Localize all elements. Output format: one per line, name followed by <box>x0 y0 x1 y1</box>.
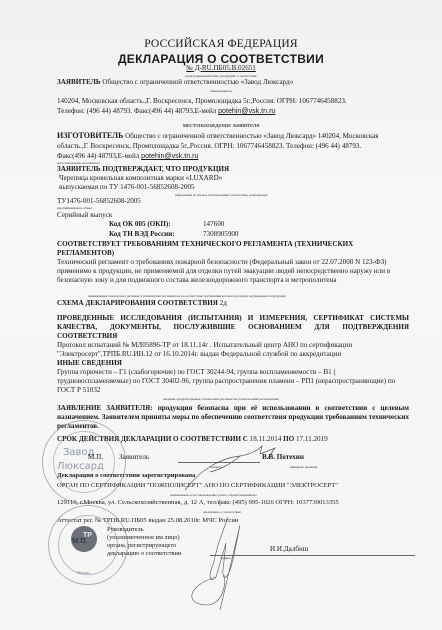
applicant-phone-fax: Телефон: (496 44) 48793. Факс(496 44) 48… <box>57 107 216 115</box>
product-tu: ТУ1476-001-56852608-2005 <box>57 197 141 206</box>
registrar-stamp-text: Москва <box>77 570 90 575</box>
registration-address-caption: декларацию о соответствии <box>203 510 241 514</box>
applicant-label: ЗАЯВИТЕЛЬ <box>57 78 101 86</box>
scheme-value: 2д <box>220 299 227 307</box>
applicant-stamp: Завод Люксард <box>42 420 126 504</box>
scheme-line: СХЕМА ДЕКЛАРИРОВАНИЯ СООТВЕТСТВИЯ 2д <box>57 299 227 308</box>
scheme-label: СХЕМА ДЕКЛАРИРОВАНИЯ СООТВЕТСТВИЯ <box>57 299 218 307</box>
applicant-name-caption: наименование и <box>0 89 442 93</box>
tests-text: Протокол испытаний № МЛ05896-ТР от 18.11… <box>57 341 409 359</box>
applicant-signatory-caption: инициалы, фамилия <box>290 465 317 469</box>
manufacturer-line-1: ИЗГОТОВИТЕЛЬ Общество с ограниченной отв… <box>57 131 379 141</box>
tests-heading: ПРОВЕДЕННЫЕ ИССЛЕДОВАНИЯ (ИСПЫТАНИЯ) И И… <box>57 314 409 341</box>
product-spec-caption: информация об объекте подтверждения соот… <box>175 193 267 197</box>
manufacturer-text-1: Общество с ограниченной ответственностью… <box>125 132 378 140</box>
regulation-caption: наименование технического регламента (те… <box>88 294 286 298</box>
registration-heading: Декларация о соответствии зарегистрирова… <box>57 471 195 480</box>
okp-label: Код ОК 005 (ОКП): <box>109 220 171 229</box>
country-title: РОССИЙСКАЯ ФЕДЕРАЦИЯ <box>0 38 442 50</box>
manufacturer-line-2: область.,Г. Воскресенск, Промплощадка 5г… <box>57 142 361 151</box>
product-tu-caption: идентифицировать объект <box>57 206 92 210</box>
product-heading: ЗАЯВИТЕЛЬ ПОДТВЕРЖДАЕТ, ЧТО ПРОДУКЦИЯ <box>57 165 229 174</box>
applicant-line: ЗАЯВИТЕЛЬ Общество с ограниченной ответс… <box>57 78 293 87</box>
applicant-contacts: Телефон: (496 44) 48793. Факс(496 44) 48… <box>57 107 275 116</box>
applicant-address: 140204, Московская область.,Г. Воскресен… <box>57 97 347 106</box>
registrar-role-1: Руководитель <box>107 526 144 534</box>
registrar-signatory: И.И.Далбиш <box>270 545 308 554</box>
declaration-document: РОССИЙСКАЯ ФЕДЕРАЦИЯ ДЕКЛАРАЦИЯ О СООТВЕ… <box>0 0 442 630</box>
other-info-caption: сведения, предусмотренные техническим ре… <box>0 397 442 401</box>
statement-label: ЗАЯВЛЕНИЕ ЗАЯВИТЕЛЯ: <box>57 404 153 412</box>
product-spec: выпускаемая по ТУ 1476-001-56852608-2005 <box>59 183 195 192</box>
registration-number: № Д-RU.ПБ05.В.02651 <box>0 64 442 73</box>
applicant-sign-caption: подпись <box>210 465 221 469</box>
manufacturer-contacts: Факс(496 44) 48793,Е-мейл <box>57 152 139 160</box>
applicant-signatory: В.В. Потехин <box>262 453 304 462</box>
other-info-text: Группа горючести – Г1 (слабогорючие) по … <box>57 368 409 395</box>
regulation-text: Технический регламент о требованиях пожа… <box>57 258 409 285</box>
applicant-statement: ЗАЯВЛЕНИЕ ЗАЯВИТЕЛЯ: продукция безопасна… <box>57 404 409 431</box>
other-info-heading: ИНЫЕ СВЕДЕНИЯ <box>57 359 122 368</box>
applicant-role: Заявитель <box>119 453 149 462</box>
product-release: Серийный выпуск <box>57 211 112 220</box>
applicant-location-caption: местонахождение заявителя <box>0 121 442 130</box>
tnved-value: 7308905900 <box>203 230 238 239</box>
regulation-heading: СООТВЕТСТВУЕТ ТРЕБОВАНИЯМ ТЕХНИЧЕСКОГО Р… <box>57 240 387 258</box>
validity-to: 17.11.2019 <box>296 435 328 443</box>
registrar-signature <box>178 515 258 610</box>
applicant-mp: М.П. <box>88 453 103 462</box>
product-name: Черепица кровельная композитная марки «L… <box>59 174 222 183</box>
okp-value: 147600 <box>203 220 224 229</box>
applicant-name: Общество с ограниченной ответственностью… <box>102 78 293 86</box>
registrar-mp: М.П. <box>72 537 87 546</box>
manufacturer-label: ИЗГОТОВИТЕЛЬ <box>57 131 123 140</box>
registrar-sign-caption: подпись <box>220 556 231 560</box>
applicant-email-link[interactable]: potehin@vsk.tn.ru <box>218 107 275 115</box>
registration-body: ОРГАН ПО СЕРТИФИКАЦИИ "ПОЖПОЛИСЕРТ" АНО … <box>57 481 338 490</box>
manufacturer-email-link[interactable]: potehin@vsk.tn.ru <box>141 152 198 160</box>
tnved-label: Код ТН ВЭД России: <box>109 230 175 239</box>
registration-body-caption: наименование и местонахождение органа, з… <box>170 493 257 497</box>
registrar-role-3: органа, регистрирующего <box>107 542 176 550</box>
registrar-role-2: (уполномоченное им лицо) <box>107 534 180 542</box>
registrar-role-4: декларацию о соответствии <box>107 550 181 558</box>
manufacturer-line-3: Факс(496 44) 48793,Е-мейл potehin@vsk.tn… <box>57 152 198 161</box>
